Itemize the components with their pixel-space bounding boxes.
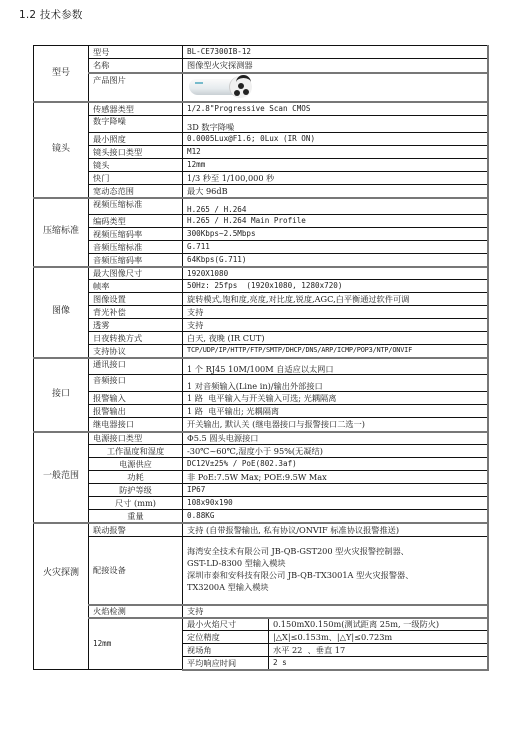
spec-row: 工作温度和湿度 -30℃~60℃,湿度小于 95%(无凝结) <box>34 445 488 458</box>
spec-value: 最大 96dB <box>183 185 488 198</box>
spec-label: 电源供应 <box>89 458 183 471</box>
lens-group-label: 12mm <box>89 618 183 670</box>
spec-value: 开关输出, 默认关 (继电器接口与报警接口二选一) <box>183 418 488 432</box>
spec-label: 产品图片 <box>89 73 183 102</box>
spec-value: 1/2.8"Progressive Scan CMOS <box>183 102 488 116</box>
compatible-device-line: 海湾安全技术有限公司 JB-QB-GST200 型火灾报警控制器、 <box>187 546 483 558</box>
spec-row: 继电器接口 开关输出, 默认关 (继电器接口与报警接口二选一) <box>34 418 488 432</box>
spec-row: 编码类型 H.265 / H.264 Main Profile <box>34 215 488 228</box>
spec-value: 1 路 电平输出; 光耦隔离 <box>183 405 488 418</box>
spec-value: 12mm <box>183 159 488 172</box>
spec-row: 音频接口 1 对音频输入(Line in)/输出外部接口 <box>34 375 488 392</box>
spec-row: 数字降噪 3D 数字降噪 <box>34 116 488 133</box>
spec-row: 背光补偿 支持 <box>34 306 488 319</box>
camera-ir-led-icon <box>243 89 249 95</box>
spec-label: 宽动态范围 <box>89 185 183 198</box>
spec-label: 编码类型 <box>89 215 183 228</box>
spec-row: 一般范围 电源接口类型 Φ5.5 圆头电源接口 <box>34 432 488 445</box>
spec-sublabel: 平均响应时间 <box>183 657 269 670</box>
spec-label: 数字降噪 <box>89 116 183 133</box>
spec-row: 功耗 非 PoE:7.5W Max; POE:9.5W Max <box>34 471 488 484</box>
spec-label: 日夜转换方式 <box>89 332 183 345</box>
spec-value: 50Hz: 25fps (1920x1080, 1280x720) <box>183 280 488 293</box>
category-image: 图像 <box>34 267 89 358</box>
spec-row: 图像设置 旋转模式,饱和度,亮度,对比度,锐度,AGC,白平衡通过软件可调 <box>34 293 488 306</box>
spec-label: 图像设置 <box>89 293 183 306</box>
spec-label: 最大图像尺寸 <box>89 267 183 280</box>
section-heading: 1.2 技术参数 <box>19 7 83 22</box>
spec-row: 接口 通讯接口 1 个 RJ45 10M/100M 自适应以太网口 <box>34 358 488 375</box>
spec-label: 工作温度和湿度 <box>89 445 183 458</box>
camera-lens-icon <box>234 90 240 96</box>
spec-value: H.265 / H.264 <box>183 198 488 215</box>
category-interface: 接口 <box>34 358 89 432</box>
category-lens: 镜头 <box>34 102 89 198</box>
spec-label: 名称 <box>89 59 183 73</box>
bullet-camera-image <box>187 75 253 99</box>
spec-value: 1 对音频输入(Line in)/输出外部接口 <box>183 375 488 392</box>
spec-value: 1 路 电平输入与开关输入可选; 光耦隔离 <box>183 392 488 405</box>
spec-value: 1/3 秒至 1/100,000 秒 <box>183 172 488 185</box>
spec-value: M12 <box>183 146 488 159</box>
spec-label: 防护等级 <box>89 484 183 497</box>
spec-label: 视频压缩标准 <box>89 198 183 215</box>
camera-ir-led-icon <box>238 83 244 89</box>
spec-value: 3D 数字降噪 <box>183 116 488 133</box>
spec-row: 音频压缩码率 64Kbps(G.711) <box>34 254 488 267</box>
spec-value: 64Kbps(G.711) <box>183 254 488 267</box>
spec-row-name: 名称 图像型火灾探测器 <box>34 59 488 73</box>
spec-row: 宽动态范围 最大 96dB <box>34 185 488 198</box>
spec-row: 视频压缩码率 300Kbps~2.5Mbps <box>34 228 488 241</box>
spec-row: 压缩标准 视频压缩标准 H.265 / H.264 <box>34 198 488 215</box>
spec-value: 海湾安全技术有限公司 JB-QB-GST200 型火灾报警控制器、 GST-LD… <box>183 537 488 605</box>
spec-value: -30℃~60℃,湿度小于 95%(无凝结) <box>183 445 488 458</box>
spec-label: 音频压缩标准 <box>89 241 183 254</box>
spec-label: 型号 <box>89 46 183 59</box>
spec-label: 重量 <box>89 510 183 523</box>
product-image-cell <box>183 73 488 102</box>
spec-value: 0.0005Lux@F1.6; 0Lux (IR ON) <box>183 133 488 146</box>
spec-label: 镜头接口类型 <box>89 146 183 159</box>
spec-value: 水平 22 、垂直 17 <box>269 644 488 657</box>
spec-label: 报警输出 <box>89 405 183 418</box>
camera-logo <box>195 82 203 84</box>
technical-spec-table: 型号 型号 BL-CE7300IB-12 名称 图像型火灾探测器 产品图片 <box>33 45 489 671</box>
category-model: 型号 <box>34 46 89 102</box>
spec-value: Φ5.5 圆头电源接口 <box>183 432 488 445</box>
spec-value: 0.150mX0.150m(测试距离 25m, 一级防火) <box>269 618 488 631</box>
category-fire-detection: 火灾探测 <box>34 523 89 670</box>
spec-row: 尺寸 (mm) 108x90x190 <box>34 497 488 510</box>
spec-row-model-number: 型号 型号 BL-CE7300IB-12 <box>34 46 488 59</box>
spec-value: 1920X1080 <box>183 267 488 280</box>
spec-value: TCP/UDP/IP/HTTP/FTP/SMTP/DHCP/DNS/ARP/IC… <box>183 345 488 358</box>
spec-label: 背光补偿 <box>89 306 183 319</box>
spec-value: 108x90x190 <box>183 497 488 510</box>
spec-label: 配接设备 <box>89 537 183 605</box>
spec-row: 支持协议 TCP/UDP/IP/HTTP/FTP/SMTP/DHCP/DNS/A… <box>34 345 488 358</box>
spec-row: 重量 0.88KG <box>34 510 488 523</box>
spec-value: 300Kbps~2.5Mbps <box>183 228 488 241</box>
spec-value: 0.88KG <box>183 510 488 523</box>
spec-label: 电源接口类型 <box>89 432 183 445</box>
spec-row: 最小照度 0.0005Lux@F1.6; 0Lux (IR ON) <box>34 133 488 146</box>
spec-row: 镜头 传感器类型 1/2.8"Progressive Scan CMOS <box>34 102 488 116</box>
spec-row-compatible-devices: 配接设备 海湾安全技术有限公司 JB-QB-GST200 型火灾报警控制器、 G… <box>34 537 488 605</box>
spec-label: 功耗 <box>89 471 183 484</box>
spec-label: 传感器类型 <box>89 102 183 116</box>
spec-row: 日夜转换方式 白天, 夜晚 (IR CUT) <box>34 332 488 345</box>
spec-value: 支持 <box>183 605 488 618</box>
spec-value: 白天, 夜晚 (IR CUT) <box>183 332 488 345</box>
spec-value: 非 PoE:7.5W Max; POE:9.5W Max <box>183 471 488 484</box>
spec-value: DC12V±25% / PoE(802.3af) <box>183 458 488 471</box>
spec-value: 旋转模式,饱和度,亮度,对比度,锐度,AGC,白平衡通过软件可调 <box>183 293 488 306</box>
spec-row-product-image: 产品图片 <box>34 73 488 102</box>
spec-sublabel: 最小火焰尺寸 <box>183 618 269 631</box>
compatible-device-line: TX3200A 型输入模块 <box>187 582 483 594</box>
spec-sublabel: 定位精度 <box>183 631 269 644</box>
spec-label: 继电器接口 <box>89 418 183 432</box>
spec-value: H.265 / H.264 Main Profile <box>183 215 488 228</box>
spec-value: 2 s <box>269 657 488 670</box>
spec-row: 音频压缩标准 G.711 <box>34 241 488 254</box>
spec-label: 镜头 <box>89 159 183 172</box>
spec-row: 快门 1/3 秒至 1/100,000 秒 <box>34 172 488 185</box>
spec-row: 报警输出 1 路 电平输出; 光耦隔离 <box>34 405 488 418</box>
spec-value: 支持 <box>183 319 488 332</box>
spec-value: BL-CE7300IB-12 <box>183 46 488 59</box>
category-general: 一般范围 <box>34 432 89 523</box>
spec-label: 透雾 <box>89 319 183 332</box>
spec-row: 图像 最大图像尺寸 1920X1080 <box>34 267 488 280</box>
spec-label: 支持协议 <box>89 345 183 358</box>
spec-value: 图像型火灾探测器 <box>183 59 488 73</box>
spec-row: 电源供应 DC12V±25% / PoE(802.3af) <box>34 458 488 471</box>
spec-value: 支持 <box>183 306 488 319</box>
spec-label: 音频压缩码率 <box>89 254 183 267</box>
spec-value: G.711 <box>183 241 488 254</box>
spec-label: 火焰检测 <box>89 605 183 618</box>
spec-row: 报警输入 1 路 电平输入与开关输入可选; 光耦隔离 <box>34 392 488 405</box>
spec-label: 联动报警 <box>89 523 183 537</box>
spec-row: 帧率 50Hz: 25fps (1920x1080, 1280x720) <box>34 280 488 293</box>
spec-row: 透雾 支持 <box>34 319 488 332</box>
spec-label: 通讯接口 <box>89 358 183 375</box>
spec-label: 快门 <box>89 172 183 185</box>
spec-row: 镜头接口类型 M12 <box>34 146 488 159</box>
spec-row: 火灾探测 联动报警 支持 (自带报警输出, 私有协议/ONVIF 标准协议报警推… <box>34 523 488 537</box>
spec-value: 支持 (自带报警输出, 私有协议/ONVIF 标准协议报警推送) <box>183 523 488 537</box>
spec-label: 报警输入 <box>89 392 183 405</box>
category-compression: 压缩标准 <box>34 198 89 267</box>
spec-value: |△X|≤0.153m、|△Y|≤0.723m <box>269 631 488 644</box>
spec-row: 火焰检测 支持 <box>34 605 488 618</box>
spec-sublabel: 视场角 <box>183 644 269 657</box>
spec-value: 1 个 RJ45 10M/100M 自适应以太网口 <box>183 358 488 375</box>
spec-row: 防护等级 IP67 <box>34 484 488 497</box>
spec-row: 12mm 最小火焰尺寸 0.150mX0.150m(测试距离 25m, 一级防火… <box>34 618 488 631</box>
spec-label: 帧率 <box>89 280 183 293</box>
spec-value: IP67 <box>183 484 488 497</box>
compatible-device-line: GST-LD-8300 型输入模块 <box>187 558 483 570</box>
compatible-device-line: 深圳市泰和安科技有限公司 JB-QB-TX3001A 型火灾报警器、 <box>187 570 483 582</box>
spec-label: 视频压缩码率 <box>89 228 183 241</box>
spec-label: 音频接口 <box>89 375 183 392</box>
spec-row: 镜头 12mm <box>34 159 488 172</box>
spec-label: 最小照度 <box>89 133 183 146</box>
spec-label: 尺寸 (mm) <box>89 497 183 510</box>
